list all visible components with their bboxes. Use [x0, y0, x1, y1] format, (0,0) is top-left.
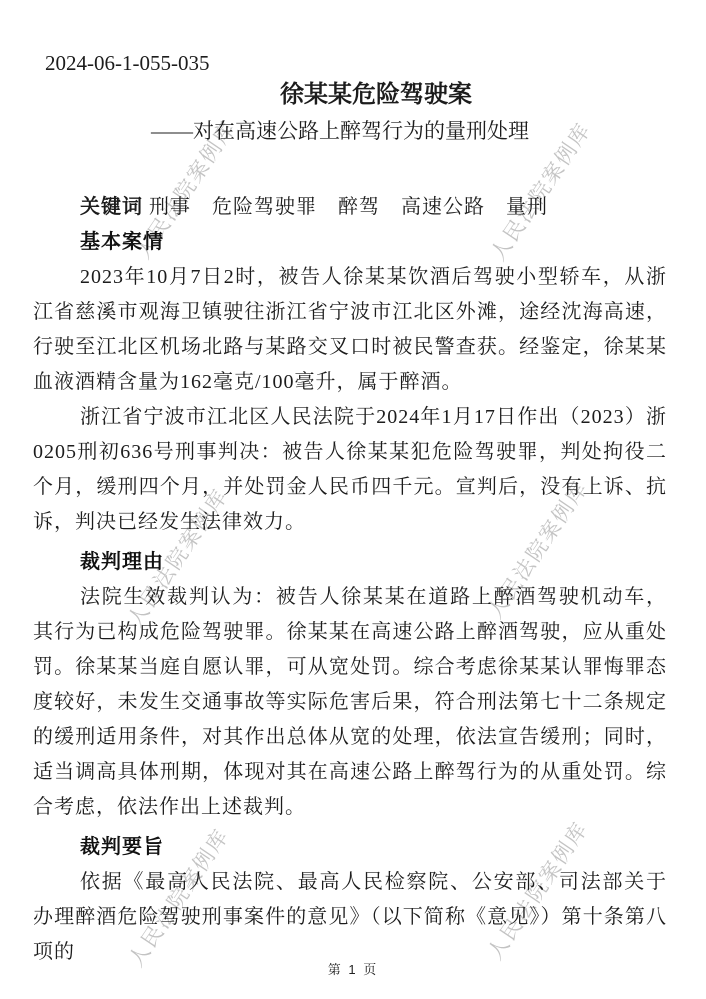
- document-body: 关键词刑事 危险驾驶罪 醉驾 高速公路 量刑 基本案情 2023年10月7日2时…: [33, 190, 667, 970]
- keywords-list: 刑事 危险驾驶罪 醉驾 高速公路 量刑: [149, 196, 548, 218]
- section-heading-judgment-gist: 裁判要旨: [33, 830, 667, 865]
- document-page: 人民法院案例库 人民法院案例库 人民法院案例库 人民法院案例库 人民法院案例库 …: [0, 0, 706, 999]
- page-number: 第 1 页: [0, 959, 706, 978]
- section-heading-judgment-reasons: 裁判理由: [33, 545, 667, 580]
- paragraph: 法院生效裁判认为：被告人徐某某在道路上醉酒驾驶机动车，其行为已构成危险驾驶罪。徐…: [33, 580, 667, 825]
- case-number: 2024-06-1-055-035: [45, 50, 209, 76]
- paragraph: 浙江省宁波市江北区人民法院于2024年1月17日作出（2023）浙0205刑初6…: [33, 400, 667, 540]
- paragraph: 2023年10月7日2时，被告人徐某某饮酒后驾驶小型轿车，从浙江省慈溪市观海卫镇…: [33, 260, 667, 400]
- case-title: 徐某某危险驾驶案: [33, 80, 667, 110]
- section-heading-basic-facts: 基本案情: [33, 225, 667, 260]
- keywords-line: 关键词刑事 危险驾驶罪 醉驾 高速公路 量刑: [33, 190, 667, 225]
- keywords-label: 关键词: [80, 196, 143, 218]
- paragraph: 依据《最高人民法院、最高人民检察院、公安部、司法部关于办理醉酒危险驾驶刑事案件的…: [33, 865, 667, 970]
- case-subtitle: ——对在高速公路上醉驾行为的量刑处理: [33, 117, 667, 145]
